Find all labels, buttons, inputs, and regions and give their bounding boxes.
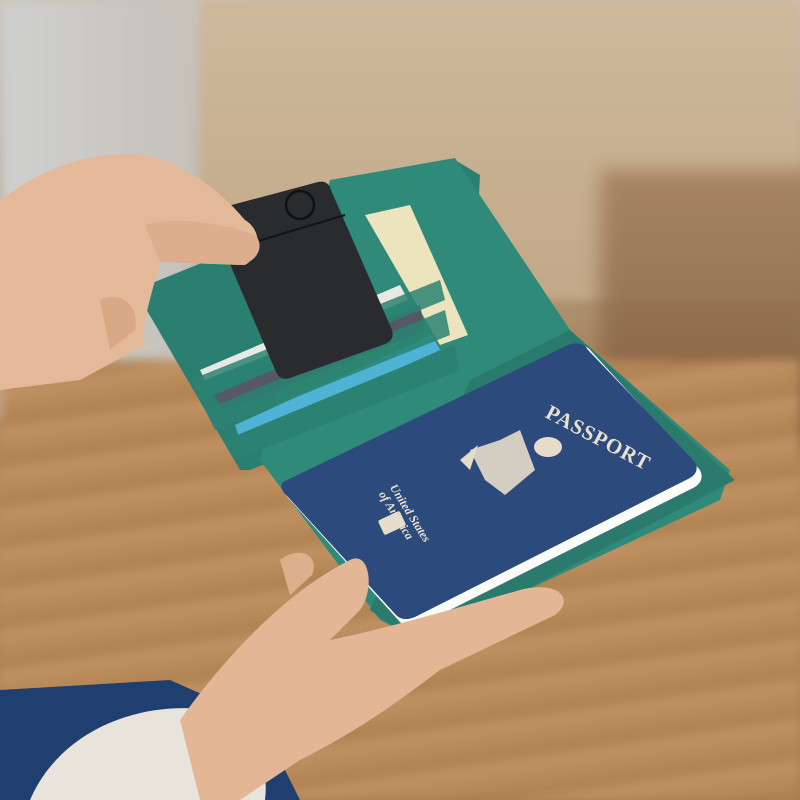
photo-scene: PASSPORT United States of America <box>0 0 800 800</box>
scene-illustration <box>0 0 800 800</box>
